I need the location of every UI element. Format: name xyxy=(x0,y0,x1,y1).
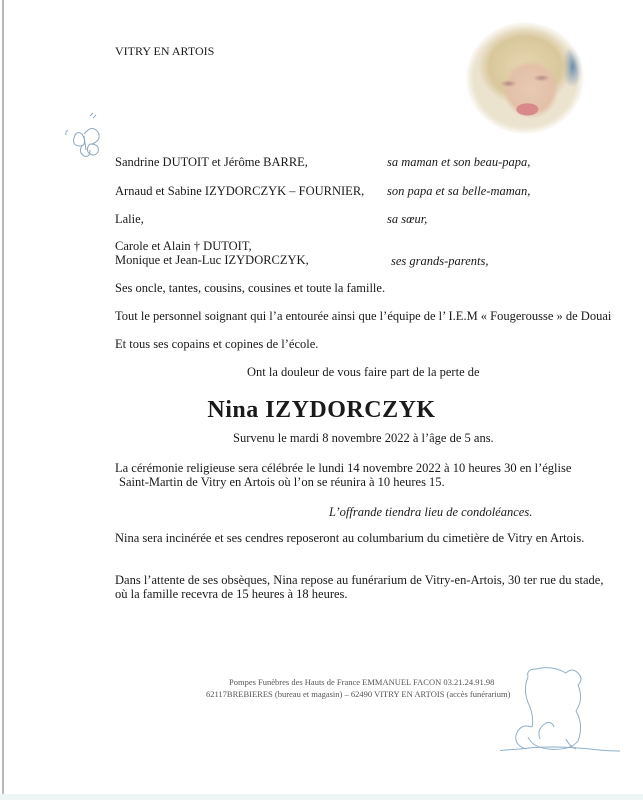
deceased-name: Nina IZYDORCZYK xyxy=(0,396,643,424)
cremation-line: Nina sera incinérée et ses cendres repos… xyxy=(115,531,584,546)
family-names-1: Sandrine DUTOIT et Jérôme BARRE, xyxy=(115,155,308,170)
ceremony-line-1: La cérémonie religieuse sera célébrée le… xyxy=(115,461,571,476)
city-heading: VITRY EN ARTOIS xyxy=(115,44,214,59)
offering-note: L’offrande tiendra lieu de condoléances. xyxy=(329,505,532,520)
family-names-4a: Carole et Alain † DUTOIT, xyxy=(115,239,252,254)
death-info: Survenu le mardi 8 novembre 2022 à l’âge… xyxy=(233,431,494,446)
teddy-bear-sketch-icon xyxy=(500,655,640,765)
family-relation-3: sa sœur, xyxy=(387,212,427,227)
school-friends-line: Et tous ses copains et copines de l’écol… xyxy=(115,337,318,352)
butterfly-sketch-icon xyxy=(60,108,110,168)
funeral-home-line-2: 62117BREBIERES (bureau et magasin) – 624… xyxy=(206,689,511,700)
announcement-line: Ont la douleur de vous faire part de la … xyxy=(247,365,480,380)
visitation-line-1: Dans l’attente de ses obsèques, Nina rep… xyxy=(115,573,603,588)
extended-family-line: Ses oncle, tantes, cousins, cousines et … xyxy=(115,281,385,296)
ceremony-line-2: Saint-Martin de Vitry en Artois où l’on … xyxy=(119,475,445,490)
caregivers-line: Tout le personnel soignant qui l’a entou… xyxy=(115,309,611,324)
family-names-2: Arnaud et Sabine IZYDORCZYK – FOURNIER, xyxy=(115,184,364,199)
family-relation-4: ses grands-parents, xyxy=(391,254,488,269)
visitation-line-2: où la famille recevra de 15 heures à 18 … xyxy=(115,587,348,602)
family-names-3: Lalie, xyxy=(115,212,144,227)
family-relation-2: son papa et sa belle-maman, xyxy=(387,184,530,199)
child-portrait-photo xyxy=(466,22,584,134)
scan-band xyxy=(0,794,643,800)
family-relation-1: sa maman et son beau-papa, xyxy=(387,155,530,170)
family-names-4b: Monique et Jean-Luc IZYDORCZYK, xyxy=(115,253,309,268)
funeral-home-line-1: Pompes Funèbres des Hauts de France EMMA… xyxy=(229,677,494,688)
